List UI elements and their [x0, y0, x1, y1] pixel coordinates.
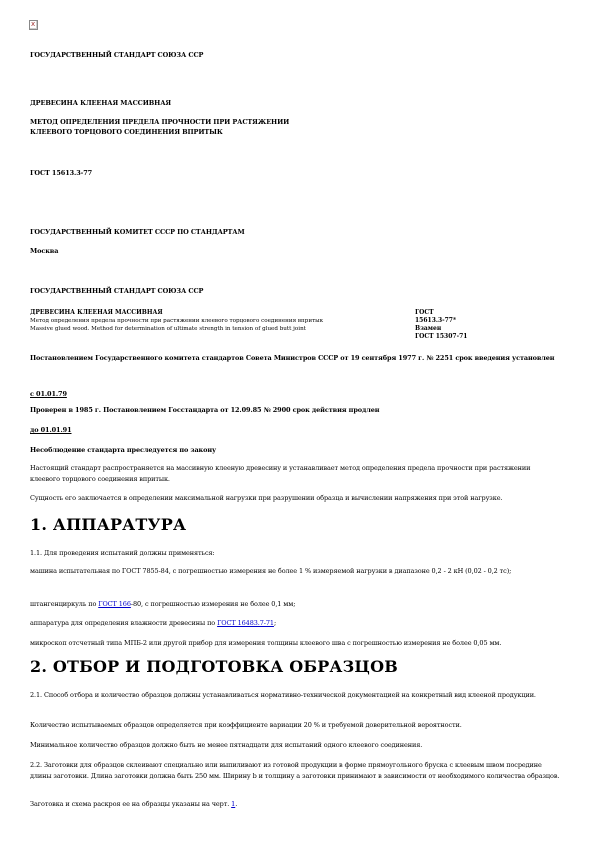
header-subtitle-en: Massive glued wood. Method for determina… [30, 325, 407, 333]
gost-16483-link[interactable]: ГОСТ 16483.7-71 [217, 619, 274, 627]
header-replaces-label: Взамен [415, 325, 565, 333]
cover-title-line1: ДРЕВЕСИНА КЛЕЕНАЯ МАССИВНАЯ [30, 99, 171, 107]
section2-p4: 2.2. Заготовки для образцов склеивают сп… [30, 760, 560, 782]
section1-p5: микроскоп отсчетный типа МПБ-2 или друго… [30, 639, 501, 647]
section2-p5: Заготовка и схема раскроя ее на образцы … [30, 800, 237, 808]
intro-scope: Настоящий стандарт распространяется на м… [30, 463, 560, 485]
intro-checked: Проверен в 1985 г. Постановлением Госста… [30, 406, 379, 414]
header-state-standard: ГОСУДАРСТВЕННЫЙ СТАНДАРТ СОЮЗА ССР [30, 287, 203, 295]
header-left-cell: ДРЕВЕСИНА КЛЕЕНАЯ МАССИВНАЯ Метод опреде… [30, 309, 407, 341]
header-gost-label: ГОСТ [415, 309, 565, 317]
cover-gost-number: ГОСТ 15613.3-77 [30, 169, 92, 177]
section1-p2: машина испытательная по ГОСТ 7855-84, с … [30, 566, 565, 577]
section1-heading: 1. АППАРАТУРА [30, 515, 186, 534]
cover-title-line2: МЕТОД ОПРЕДЕЛЕНИЯ ПРЕДЕЛА ПРОЧНОСТИ ПРИ … [30, 118, 289, 126]
cover-state-standard: ГОСУДАРСТВЕННЫЙ СТАНДАРТ СОЮЗА ССР [30, 51, 203, 59]
header-right-cell: ГОСТ 15613.3-77* Взамен ГОСТ 15307-71 [407, 309, 565, 341]
header-subtitle-ru: Метод определения предела прочности при … [30, 317, 390, 325]
section1-p4: аппаратура для определения влажности дре… [30, 619, 276, 627]
section2-p1: 2.1. Способ отбора и количество образцов… [30, 690, 565, 701]
section2-heading: 2. ОТБОР И ПОДГОТОВКА ОБРАЗЦОВ [30, 657, 398, 676]
header-title: ДРЕВЕСИНА КЛЕЕНАЯ МАССИВНАЯ [30, 309, 407, 317]
document-page: x ГОСУДАРСТВЕННЫЙ СТАНДАРТ СОЮЗА ССР ДРЕ… [0, 0, 595, 842]
standard-header-table: ДРЕВЕСИНА КЛЕЕНАЯ МАССИВНАЯ Метод опреде… [30, 309, 565, 341]
intro-date-from: с 01.01.79 [30, 390, 67, 398]
header-gost-number: 15613.3-77* [415, 317, 565, 325]
cover-committee: ГОСУДАРСТВЕННЫЙ КОМИТЕТ СССР ПО СТАНДАРТ… [30, 228, 245, 236]
gost-166-link[interactable]: ГОСТ 166 [98, 600, 131, 608]
intro-violation: Несоблюдение стандарта преследуется по з… [30, 446, 216, 454]
cover-title-line3: КЛЕЕВОГО ТОРЦОВОГО СОЕДИНЕНИЯ ВПРИТЫК [30, 128, 223, 136]
section2-p3: Минимальное количество образцов должно б… [30, 741, 422, 749]
header-replaces-gost: ГОСТ 15307-71 [415, 333, 565, 341]
section1-p3: штангенциркуль по ГОСТ 166-80, с погрешн… [30, 600, 295, 608]
intro-decree: Постановлением Государственного комитета… [30, 352, 565, 364]
section2-p2: Количество испытываемых образцов определ… [30, 721, 462, 729]
section1-p1: 1.1. Для проведения испытаний должны при… [30, 549, 215, 557]
cover-city: Москва [30, 247, 58, 255]
broken-image-icon: x [29, 20, 38, 30]
intro-essence: Сущность его заключается в определении м… [30, 494, 502, 502]
intro-date-to: до 01.01.91 [30, 426, 72, 434]
